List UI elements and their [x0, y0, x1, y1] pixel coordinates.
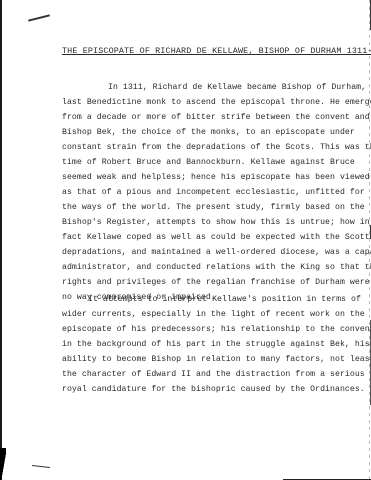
text-line: the ways of the world. The present study… — [62, 200, 358, 215]
text-line: from a decade or more of bitter strife b… — [62, 110, 358, 125]
text-line: depradations, and maintained a well-orde… — [62, 245, 358, 260]
text-line: as that of a pious and incompetent eccle… — [62, 185, 358, 200]
scan-artifact — [28, 14, 50, 21]
scan-corner-shadow — [0, 448, 6, 480]
text-line: wider currents, especially in the light … — [62, 307, 358, 322]
paragraph-2: It attempts to interpret Kellawe's posit… — [62, 292, 358, 397]
text-line: administrator, and conducted relations w… — [62, 260, 358, 275]
text-line: fact Kellawe coped as well as could be e… — [62, 230, 358, 245]
text-line: In 1311, Richard de Kellawe became Bisho… — [62, 80, 358, 95]
text-line: ability to become Bishop in relation to … — [62, 352, 358, 367]
text-line: It attempts to interpret Kellawe's posit… — [62, 292, 358, 307]
paragraph-1: In 1311, Richard de Kellawe became Bisho… — [62, 80, 358, 305]
scanned-page: THE EPISCOPATE OF RICHARD DE KELLAWE, BI… — [0, 0, 371, 480]
text-line: constant strain from the depradations of… — [62, 140, 358, 155]
text-line: in the background of his part in the str… — [62, 337, 358, 352]
text-line: Bishop's Register, attempts to show how … — [62, 215, 358, 230]
text-line: royal candidature for the bishopric caus… — [62, 382, 358, 397]
text-line: last Benedictine monk to ascend the epis… — [62, 95, 358, 110]
text-line: episcopate of his predecessors; his rela… — [62, 322, 358, 337]
text-line: the character of Edward II and the distr… — [62, 367, 358, 382]
text-line: time of Robert Bruce and Bannockburn. Ke… — [62, 155, 358, 170]
text-line: seemed weak and helpless; hence his epis… — [62, 170, 358, 185]
scan-edge-left — [0, 0, 2, 480]
text-line: Bishop Bek, the choice of the monks, to … — [62, 125, 358, 140]
text-line: rights and privileges of the regalian fr… — [62, 275, 358, 290]
document-title: THE EPISCOPATE OF RICHARD DE KELLAWE, BI… — [62, 46, 362, 56]
scan-artifact — [32, 465, 50, 468]
